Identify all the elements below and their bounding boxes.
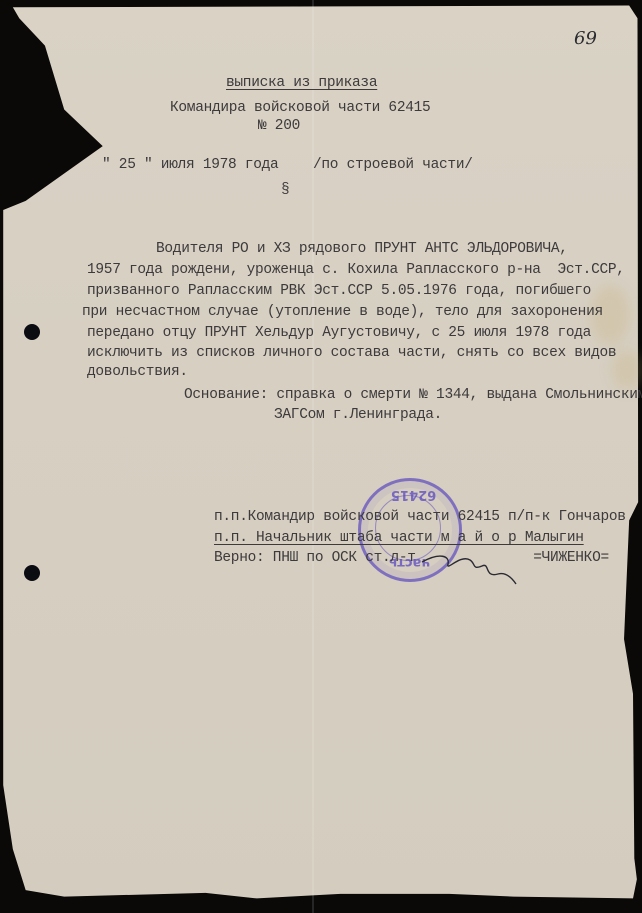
document-page — [0, 0, 642, 913]
document-title: выписка из приказа — [226, 75, 377, 91]
order-date: " 25 " июля 1978 года — [102, 157, 278, 173]
signature-commander: п.п.Командир войсковой части 62415 п/п-к… — [214, 509, 626, 525]
body-line: 1957 года рождени, уроженца с. Кохила Ра… — [87, 262, 625, 278]
signature-verified: Верно: ПНШ по ОСК ст.л-т =ЧИЖЕНКО= — [214, 550, 609, 566]
stamp-top-text: 62415 — [391, 487, 436, 502]
body-line: призванного Рапласским РВК Эст.ССР 5.05.… — [87, 283, 591, 299]
body-line: довольствия. — [87, 364, 188, 380]
body-line: передано отцу ПРУНТ Хельдур Аугустовичу,… — [87, 325, 591, 341]
body-line: Водителя РО и ХЗ рядового ПРУНТ АНТС ЭЛЬ… — [156, 241, 568, 257]
basis-line: Основание: справка о смерти № 1344, выда… — [184, 387, 642, 403]
punch-hole — [24, 324, 40, 340]
page-number: 69 — [574, 28, 597, 49]
body-line: исключить из списков личного состава час… — [87, 345, 616, 361]
basis-line: ЗАГСом г.Ленинграда. — [274, 407, 442, 423]
paper-fold — [312, 0, 314, 913]
body-line: при несчастном случае (утопление в воде)… — [82, 304, 603, 320]
signature-chief-of-staff: п.п. Начальник штаба части м а й о р Мал… — [214, 530, 584, 546]
paper-stain — [612, 350, 642, 390]
issuer-line: Командира войсковой части 62415 — [170, 100, 430, 116]
punch-hole — [24, 565, 40, 581]
order-section: /по строевой части/ — [313, 157, 473, 173]
handwritten-signature — [420, 548, 520, 588]
paragraph-mark: § — [281, 182, 289, 198]
order-number: № 200 — [258, 118, 300, 134]
